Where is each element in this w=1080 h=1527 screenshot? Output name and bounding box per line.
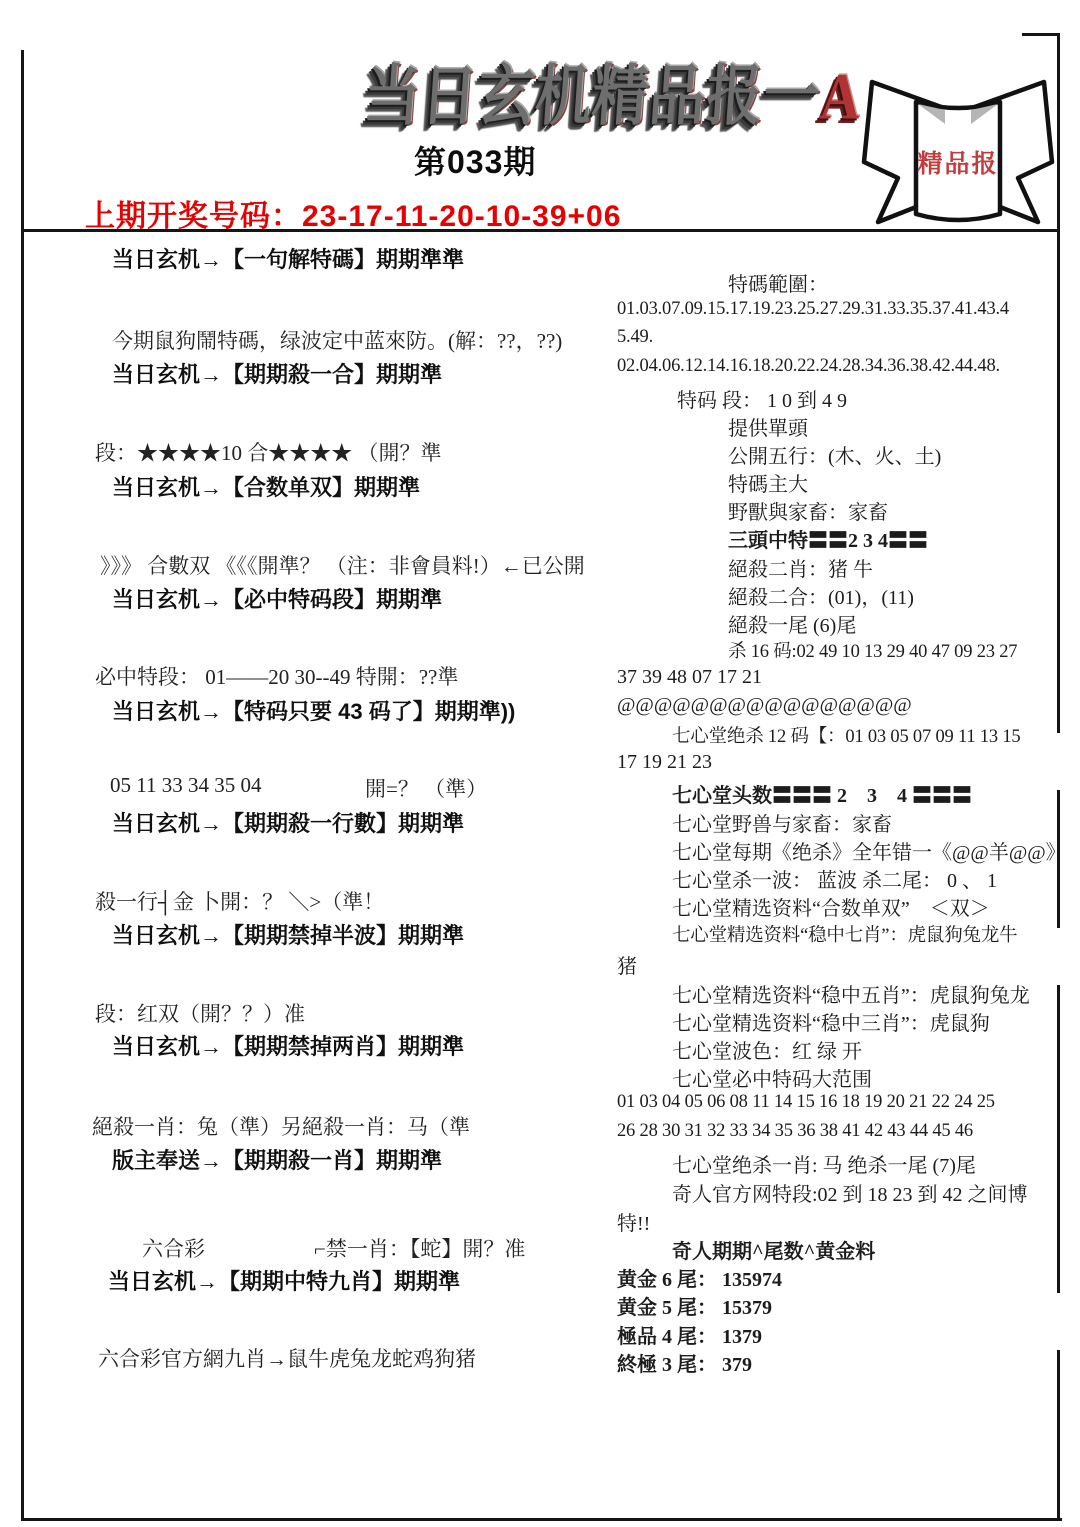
right-line-1: 01.03.07.09.15.17.19.23.25.27.29.31.33.3… bbox=[617, 299, 1009, 320]
right-line-24: 猪 bbox=[617, 950, 637, 979]
right-line-36: 黄金 5 尾： 15379 bbox=[617, 1291, 772, 1320]
page-border-left bbox=[21, 50, 24, 1521]
page-border-right-seg3 bbox=[1057, 985, 1060, 1293]
right-line-19: 七心堂野兽与家畜：家畜 bbox=[672, 808, 892, 837]
left-line-1: 今期鼠狗鬧特碼，绿波定中蓝來防。(解：??，??) bbox=[112, 325, 562, 355]
page: 当日玄机精品报一A 第033期 上期开奖号码：23-17-11-20-10-39… bbox=[0, 0, 1080, 1527]
right-line-4: 特码 段： 1 0 到 4 9 bbox=[677, 384, 847, 413]
left-line-6: 当日玄机→【必中特码段】期期準 bbox=[112, 583, 442, 614]
left-line-20: 当日玄机→【期期中特九肖】期期準 bbox=[108, 1265, 460, 1296]
left-line-5: 》》》 合數双 《《《開準？ （注：非會員料!）←已公開 bbox=[100, 550, 585, 580]
right-line-9: 三頭中特〓〓2 3 4〓〓 bbox=[728, 524, 928, 553]
left-line-16: 絕殺一肖：兔（準）另絕殺一肖：马（準 bbox=[92, 1111, 470, 1141]
right-line-17: 17 19 21 23 bbox=[617, 751, 712, 774]
left-line-21: 六合彩官方網九肖→鼠牛虎兔龙蛇鸡狗猪 bbox=[98, 1343, 476, 1373]
right-line-3: 02.04.06.12.14.16.18.20.22.24.28.34.36.3… bbox=[617, 356, 1000, 377]
right-line-28: 七心堂必中特码大范围 bbox=[672, 1063, 872, 1092]
right-line-22: 七心堂精选资料“合数单双” ＜双＞ bbox=[672, 892, 990, 921]
right-line-32: 奇人官方网特段:02 到 18 23 到 42 之间博 bbox=[672, 1178, 1028, 1207]
right-line-11: 絕殺二合：(01)，(11) bbox=[728, 581, 914, 610]
right-line-21: 七心堂杀一波： 蓝波 杀二尾： 0 、 1 bbox=[672, 864, 997, 893]
right-line-5: 提供單頭 bbox=[728, 412, 808, 441]
right-line-30: 26 28 30 31 32 33 34 35 36 38 41 42 43 4… bbox=[617, 1121, 973, 1142]
left-line-4: 当日玄机→【合数单双】期期準 bbox=[112, 471, 420, 502]
right-line-29: 01 03 04 05 06 08 11 14 15 16 18 19 20 2… bbox=[617, 1092, 995, 1113]
right-line-6: 公開五行：(木、火、土) bbox=[728, 440, 941, 469]
right-line-35: 黄金 6 尾： 135974 bbox=[617, 1263, 782, 1292]
left-line-9: 05 11 33 34 35 04 bbox=[110, 773, 261, 798]
right-line-15: @@@@@@@@@@@@@@@@ bbox=[617, 694, 912, 717]
right-line-8: 野獸與家畜：家畜 bbox=[728, 496, 888, 525]
right-line-23: 七心堂精选资料“稳中七肖”：虎鼠狗兔龙牛 bbox=[672, 921, 1017, 947]
right-line-7: 特碼主大 bbox=[728, 468, 808, 497]
right-line-10: 絕殺二肖：猪 牛 bbox=[728, 553, 873, 582]
right-line-37: 極品 4 尾： 1379 bbox=[617, 1320, 762, 1349]
page-border-right-seg4 bbox=[1057, 1350, 1060, 1521]
left-line-19: ⌐禁一肖：【蛇】開？准 bbox=[314, 1233, 525, 1263]
right-line-31: 七心堂绝杀一肖: 马 绝杀一尾 (7)尾 bbox=[672, 1149, 976, 1178]
left-line-12: 殺一行┤金 卜開：？ ＼>（準！ bbox=[95, 886, 384, 916]
right-line-16: 七心堂绝杀 12 码【：01 03 05 07 09 11 13 15 bbox=[672, 722, 1020, 748]
page-border-top-notch bbox=[1022, 33, 1060, 36]
right-line-0: 特碼範圍： bbox=[728, 268, 828, 297]
left-line-8: 当日玄机→【特码只要 43 码了】期期準)) bbox=[112, 695, 515, 726]
right-line-38: 終極 3 尾： 379 bbox=[617, 1348, 752, 1377]
left-line-7: 必中特段： 01——20 30--49 特開：??準 bbox=[95, 661, 458, 691]
right-line-27: 七心堂波色：红 绿 开 bbox=[672, 1035, 862, 1064]
left-line-11: 当日玄机→【期期殺一行數】期期準 bbox=[112, 807, 464, 838]
left-line-17: 版主奉送→【期期殺一肖】期期準 bbox=[112, 1144, 442, 1175]
right-line-33: 特!! bbox=[617, 1207, 650, 1236]
right-line-12: 絕殺一尾 (6)尾 bbox=[728, 609, 856, 638]
ribbon-banner-icon: 精品报 bbox=[858, 76, 1058, 234]
right-line-2: 5.49. bbox=[617, 327, 653, 348]
left-line-14: 段：红双（開？？）准 bbox=[95, 998, 305, 1028]
left-line-0: 当日玄机→【一句解特碼】期期準準 bbox=[112, 243, 464, 274]
left-line-18: 六合彩 bbox=[142, 1233, 205, 1263]
right-line-13: 杀 16 码:02 49 10 13 29 40 47 09 23 27 bbox=[728, 637, 1017, 663]
page-border-bottom bbox=[21, 1518, 1062, 1521]
left-line-3: 段：★★★★10 合★★★★ （開？準 bbox=[95, 437, 442, 467]
right-line-14: 37 39 48 07 17 21 bbox=[617, 666, 762, 689]
right-line-18: 七心堂头数〓〓〓 2 3 4 〓〓〓 bbox=[672, 779, 972, 808]
right-line-26: 七心堂精选资料“稳中三肖”：虎鼠狗 bbox=[672, 1007, 990, 1036]
last-draw: 上期开奖号码：23-17-11-20-10-39+06 bbox=[85, 191, 621, 235]
ribbon-label: 精品报 bbox=[917, 149, 998, 178]
masthead-title-main: 当日玄机精品报一 bbox=[362, 61, 823, 134]
right-line-20: 七心堂每期《绝杀》全年错一《@@羊@@》 bbox=[672, 836, 1066, 865]
right-line-34: 奇人期期^尾数^黄金料 bbox=[672, 1235, 875, 1264]
left-line-13: 当日玄机→【期期禁掉半波】期期準 bbox=[112, 919, 464, 950]
left-line-15: 当日玄机→【期期禁掉两肖】期期準 bbox=[112, 1030, 464, 1061]
left-line-10: 開=？ （準） bbox=[365, 773, 487, 803]
right-line-25: 七心堂精选资料“稳中五肖”：虎鼠狗兔龙 bbox=[672, 979, 1030, 1008]
issue-number: 第033期 bbox=[414, 137, 536, 183]
masthead-title: 当日玄机精品报一A bbox=[361, 44, 865, 138]
left-line-2: 当日玄机→【期期殺一合】期期準 bbox=[112, 358, 442, 389]
